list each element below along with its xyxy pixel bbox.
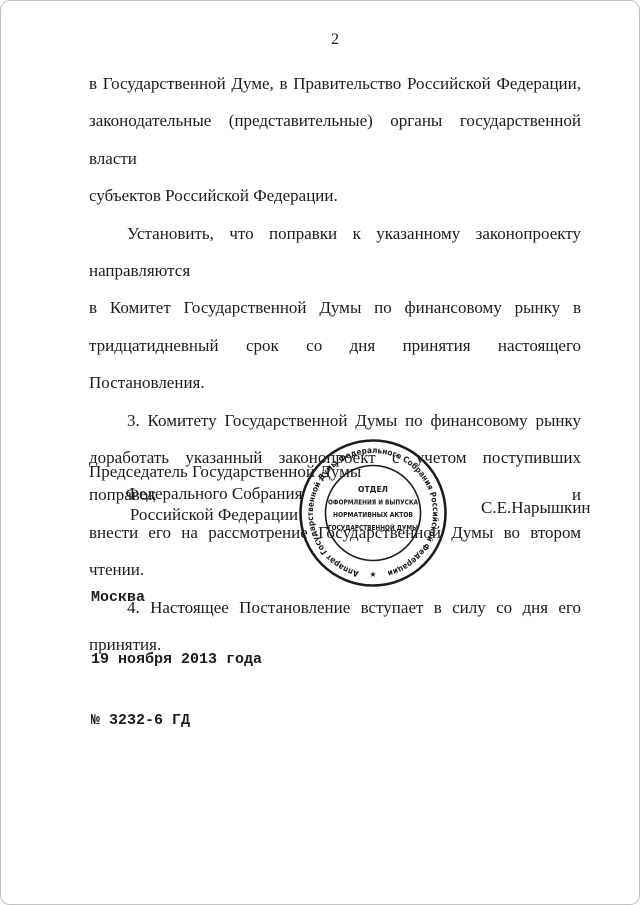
svg-text:НОРМАТИВНЫХ АКТОВ: НОРМАТИВНЫХ АКТОВ xyxy=(333,510,413,519)
footer-block: Москва 19 ноября 2013 года № 3232-6 ГД xyxy=(91,547,262,773)
svg-text:ОТДЕЛ: ОТДЕЛ xyxy=(358,485,388,494)
body-line: в Государственной Думе, в Правительство … xyxy=(89,65,581,102)
body-line: в Комитет Государственной Думы по финанс… xyxy=(89,289,581,326)
signature-name: С.Е.Нарышкин xyxy=(481,498,591,518)
body-line: тридцатидневный срок со дня принятия нас… xyxy=(89,327,581,402)
page-number: 2 xyxy=(89,31,581,49)
document-page: 2 в Государственной Думе, в Правительств… xyxy=(0,0,640,905)
svg-text:ГОСУДАРСТВЕННОЙ ДУМЫ: ГОСУДАРСТВЕННОЙ ДУМЫ xyxy=(328,523,418,532)
svg-text:ОФОРМЛЕНИЯ И ВЫПУСКА: ОФОРМЛЕНИЯ И ВЫПУСКА xyxy=(328,498,418,507)
body-line: Установить, что поправки к указанному за… xyxy=(89,215,581,290)
footer-date: 19 ноября 2013 года xyxy=(91,650,262,671)
footer-city: Москва xyxy=(91,588,262,609)
footer-doc-number: № 3232-6 ГД xyxy=(91,711,262,732)
body-line: субъектов Российской Федерации. xyxy=(89,177,581,214)
stamp-star-icon: ★ xyxy=(369,570,376,579)
body-line: 3. Комитету Государственной Думы по фина… xyxy=(89,402,581,439)
body-line: законодательные (представительные) орган… xyxy=(89,102,581,177)
stamp-center-text: ОТДЕЛ ОФОРМЛЕНИЯ И ВЫПУСКА НОРМАТИВНЫХ А… xyxy=(328,485,418,532)
official-stamp-icon: Аппарат Государственной Думы Федеральног… xyxy=(297,437,449,589)
